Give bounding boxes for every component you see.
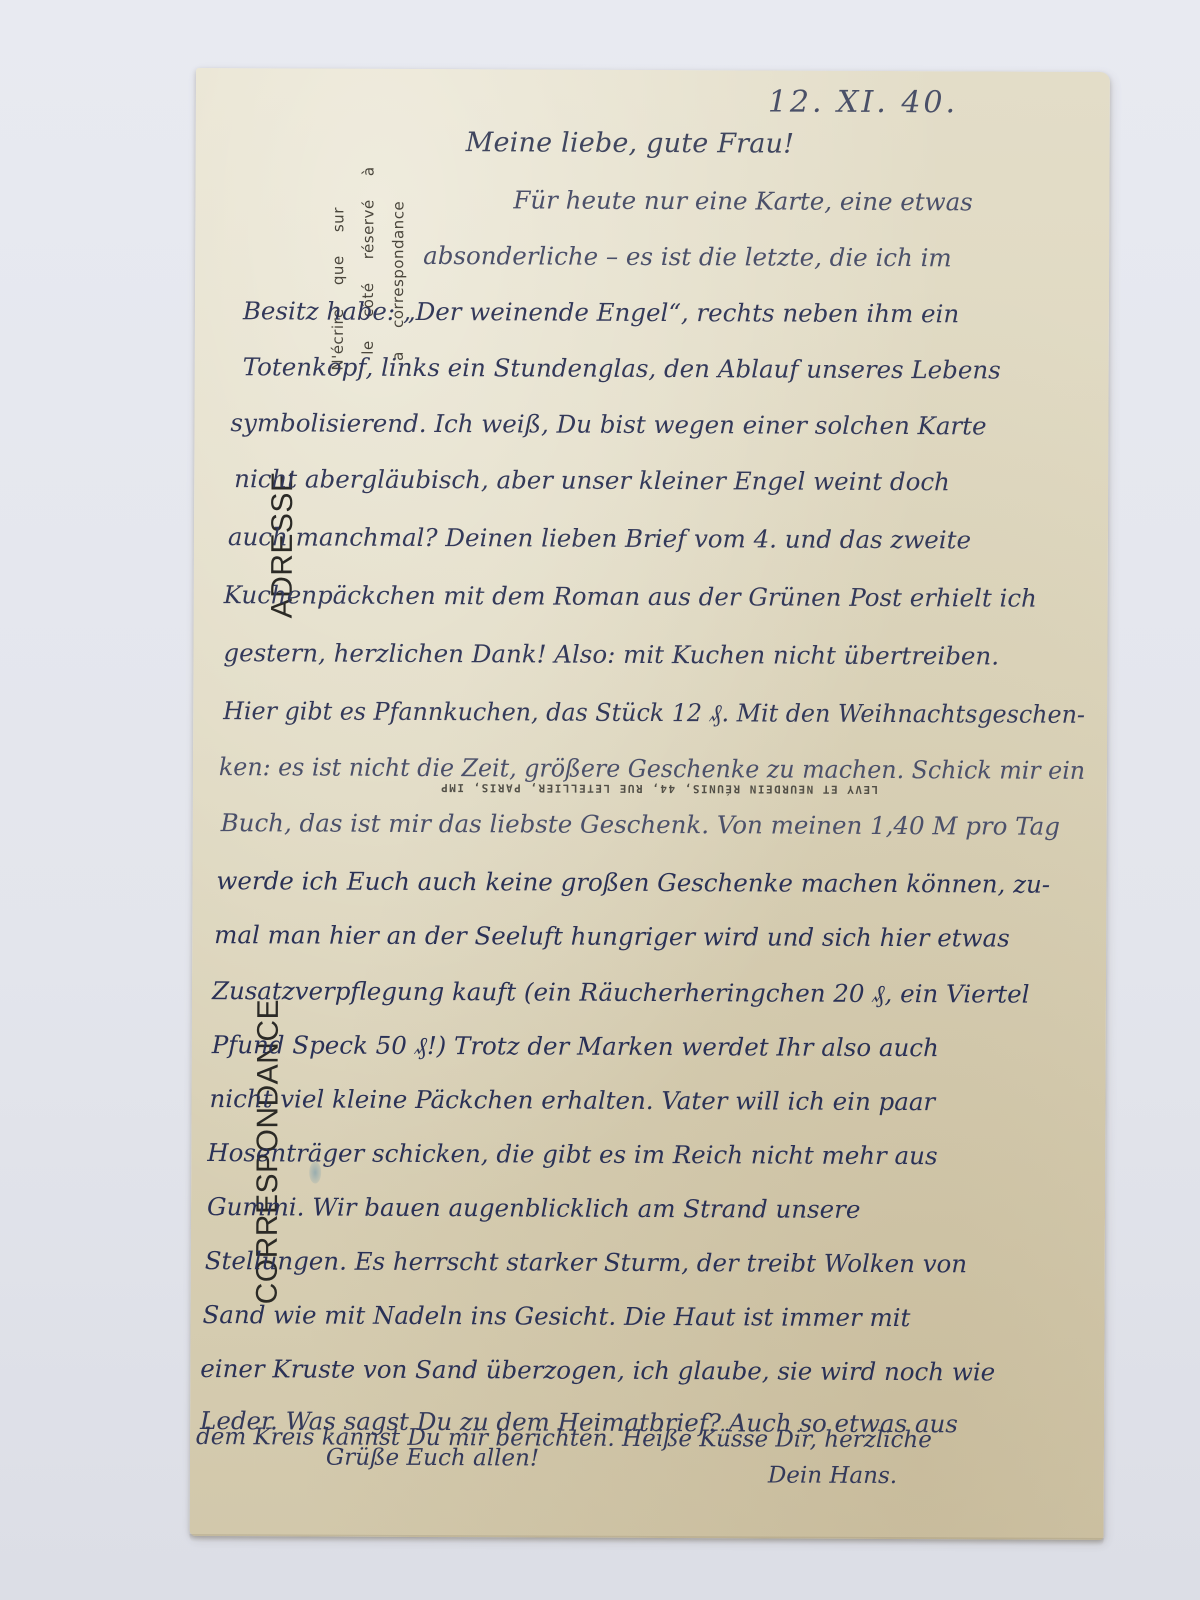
letter-line: symbolisierend. Ich weiß, Du bist wegen … [230,408,986,440]
letter-line: absonderliche – es ist die letzte, die i… [423,241,952,272]
closing-greeting: Grüße Euch allen! [326,1445,539,1472]
letter-line: Gummi. Wir bauen augenblicklich am Stran… [207,1192,860,1224]
letter-line: Totenkopf, links ein Stundenglas, den Ab… [243,352,1001,384]
letter-line: ken: es ist nicht die Zeit, größere Gesc… [219,752,1085,785]
letter-line: Besitz habe: „Der weinende Engel“, recht… [243,296,959,328]
letter-line: Sand wie mit Nadeln ins Gesicht. Die Hau… [202,1300,910,1332]
letter-line: gestern, herzlichen Dank! Also: mit Kuch… [223,638,999,670]
letter-line: Für heute nur eine Karte, eine etwas [513,185,972,216]
signature: Dein Hans. [768,1463,897,1490]
letter-body: Für heute nur eine Karte, eine etwas abs… [190,68,1110,1540]
ink-stain [309,1162,321,1184]
letter-line: werde ich Euch auch keine großen Geschen… [216,866,1050,899]
letter-line: Pfund Speck 50 ₰!) Trotz der Marken werd… [212,1030,939,1063]
letter-line: nicht abergläubisch, aber unser kleiner … [234,464,950,496]
letter-line: Buch, das ist mir das liebste Geschenk. … [221,808,1060,841]
letter-line: Stellungen. Es herrscht starker Sturm, d… [205,1246,967,1278]
letter-line: auch manchmal? Deinen lieben Brief vom 4… [228,522,971,554]
letter-line: einer Kruste von Sand überzogen, ich gla… [200,1354,995,1386]
letter-line: nicht viel kleine Päckchen erhalten. Vat… [209,1084,935,1116]
letter-line: mal man hier an der Seeluft hungriger wi… [214,920,1010,952]
postcard: 12. XI. 40. N'écrire que sur le côté rés… [190,68,1110,1540]
letter-line: Hier gibt es Pfannkuchen, das Stück 12 ₰… [223,696,1085,730]
letter-line: Kuchenpäckchen mit dem Roman aus der Grü… [224,580,1037,613]
letter-line: dem Kreis kannst Du mir berichten. Heiße… [196,1424,932,1453]
letter-line: Zusatzverpflegung kauft (ein Räucherheri… [212,976,1030,1010]
